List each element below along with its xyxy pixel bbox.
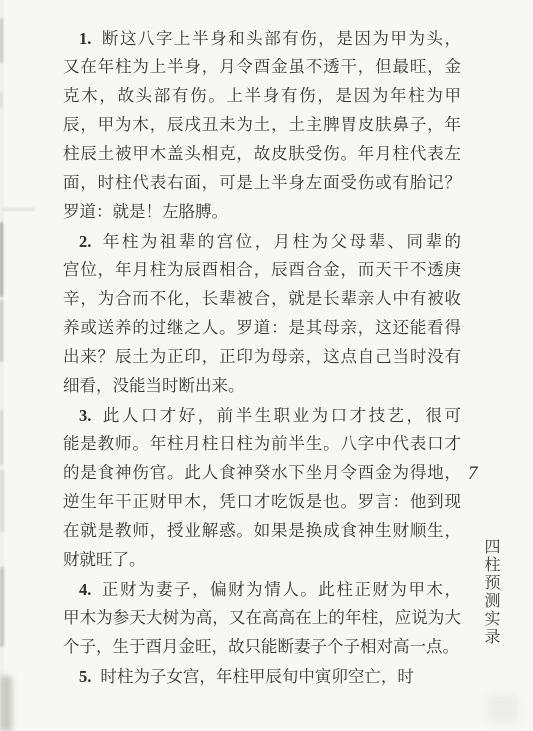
paragraph: 1.断这八字上半身和头部有伤，是因为甲为头，又在年柱为上半身，月令酉金虽不透干，…	[63, 24, 461, 227]
text-line: 3.此人口才好，前半生职业为口才技艺，很可	[63, 401, 461, 430]
scan-artifact	[0, 222, 3, 297]
text-line: 罗道：就是！左胳膊。	[63, 198, 461, 227]
paragraph: 2.年柱为祖辈的宫位，月柱为父母辈、同辈的宫位，年月柱为辰酉相合，辰酉合金，而天…	[63, 227, 461, 401]
paragraph-number: 3.	[79, 406, 91, 425]
paragraph-number: 4.	[79, 580, 91, 599]
scan-artifact	[0, 567, 4, 647]
scan-artifact	[0, 410, 3, 465]
scan-artifact	[0, 300, 3, 362]
book-page: 1.断这八字上半身和头部有伤，是因为甲为头，又在年柱为上半身，月令酉金虽不透干，…	[0, 0, 533, 731]
text-line: 面，时柱代表右面，可是上半身左面受伤或有胎记？	[63, 169, 461, 198]
paragraph-text: 正财为妻子，偏财为情人。此柱正财为甲木，	[100, 581, 461, 599]
text-line: 甲木为参天大树为高，又在高高在上的年柱，应说为大	[63, 604, 461, 633]
text-line: 5.时柱为子女宫，年柱甲辰旬中寅卯空亡，时	[63, 662, 461, 691]
text-line: 在就是教师，授业解惑。如果是换成食神生财顺生，	[63, 517, 461, 546]
paragraph-text: 此人口才好，前半生职业为口才技艺，很可	[100, 407, 461, 425]
paragraph: 4.正财为妻子，偏财为情人。此柱正财为甲木，甲木为参天大树为高，又在高高在上的年…	[63, 575, 461, 662]
text-line: 又在年柱为上半身，月令酉金虽不透干，但最旺，金	[63, 53, 461, 82]
scan-artifact	[0, 470, 4, 532]
text-line: 出来？辰土为正印，正印为母亲，这点自己当时没有	[63, 343, 461, 372]
paragraph-text: 断这八字上半身和头部有伤，是因为甲为头，	[100, 30, 461, 48]
text-line: 能是教师。年柱月柱日柱为前半生。八字中代表口才	[63, 430, 461, 459]
paragraph-text: 时柱为子女宫，年柱甲辰旬中寅卯空亡，时	[100, 668, 414, 686]
scan-artifact	[0, 92, 2, 108]
text-line: 细看，没能当时断出来。	[63, 372, 461, 401]
body-text: 1.断这八字上半身和头部有伤，是因为甲为头，又在年柱为上半身，月令酉金虽不透干，…	[63, 24, 461, 691]
paragraph-number: 2.	[79, 232, 91, 251]
scan-artifact	[0, 18, 3, 63]
scan-artifact	[488, 695, 518, 723]
paragraph-number: 5.	[79, 667, 91, 686]
paragraph-text: 年柱为祖辈的宫位，月柱为父母辈、同辈的	[100, 233, 461, 251]
text-line: 养或送养的过继之人。罗道：是其母亲，这还能看得	[63, 314, 461, 343]
page-number: 7	[468, 463, 478, 485]
text-line: 辛，为合而不化，长辈被合，就是长辈亲人中有被收	[63, 285, 461, 314]
text-line: 4.正财为妻子，偏财为情人。此柱正财为甲木，	[63, 575, 461, 604]
text-line: 克木，故头部有伤。上半身有伤，是因为年柱为甲	[63, 82, 461, 111]
text-line: 辰，甲为木，辰戌丑未为土，土主脾胃皮肤鼻子，年	[63, 111, 461, 140]
paragraph: 5.时柱为子女宫，年柱甲辰旬中寅卯空亡，时	[63, 662, 461, 691]
paragraph-number: 1.	[79, 29, 91, 48]
scan-artifact	[0, 676, 12, 731]
margin-title-vertical: 四柱预测实录	[479, 538, 502, 658]
scan-artifact	[2, 208, 35, 211]
text-line: 个子，生于酉月金旺，故只能断妻子个子相对高一点。	[63, 633, 461, 662]
text-line: 财就旺了。	[63, 546, 461, 575]
text-line: 2.年柱为祖辈的宫位，月柱为父母辈、同辈的	[63, 227, 461, 256]
paragraph: 3.此人口才好，前半生职业为口才技艺，很可能是教师。年柱月柱日柱为前半生。八字中…	[63, 401, 461, 575]
text-line: 柱辰土被甲木盖头相克，故皮肤受伤。年月柱代表左	[63, 140, 461, 169]
text-line: 逆生年干正财甲木，凭口才吃饭是也。罗言：他到现	[63, 488, 461, 517]
text-line: 的是食神伤官。此人食神癸水下坐月令酉金为得地，	[63, 459, 461, 488]
text-line: 宫位，年月柱为辰酉相合，辰酉合金，而天干不透庚	[63, 256, 461, 285]
text-line: 1.断这八字上半身和头部有伤，是因为甲为头，	[63, 24, 461, 53]
